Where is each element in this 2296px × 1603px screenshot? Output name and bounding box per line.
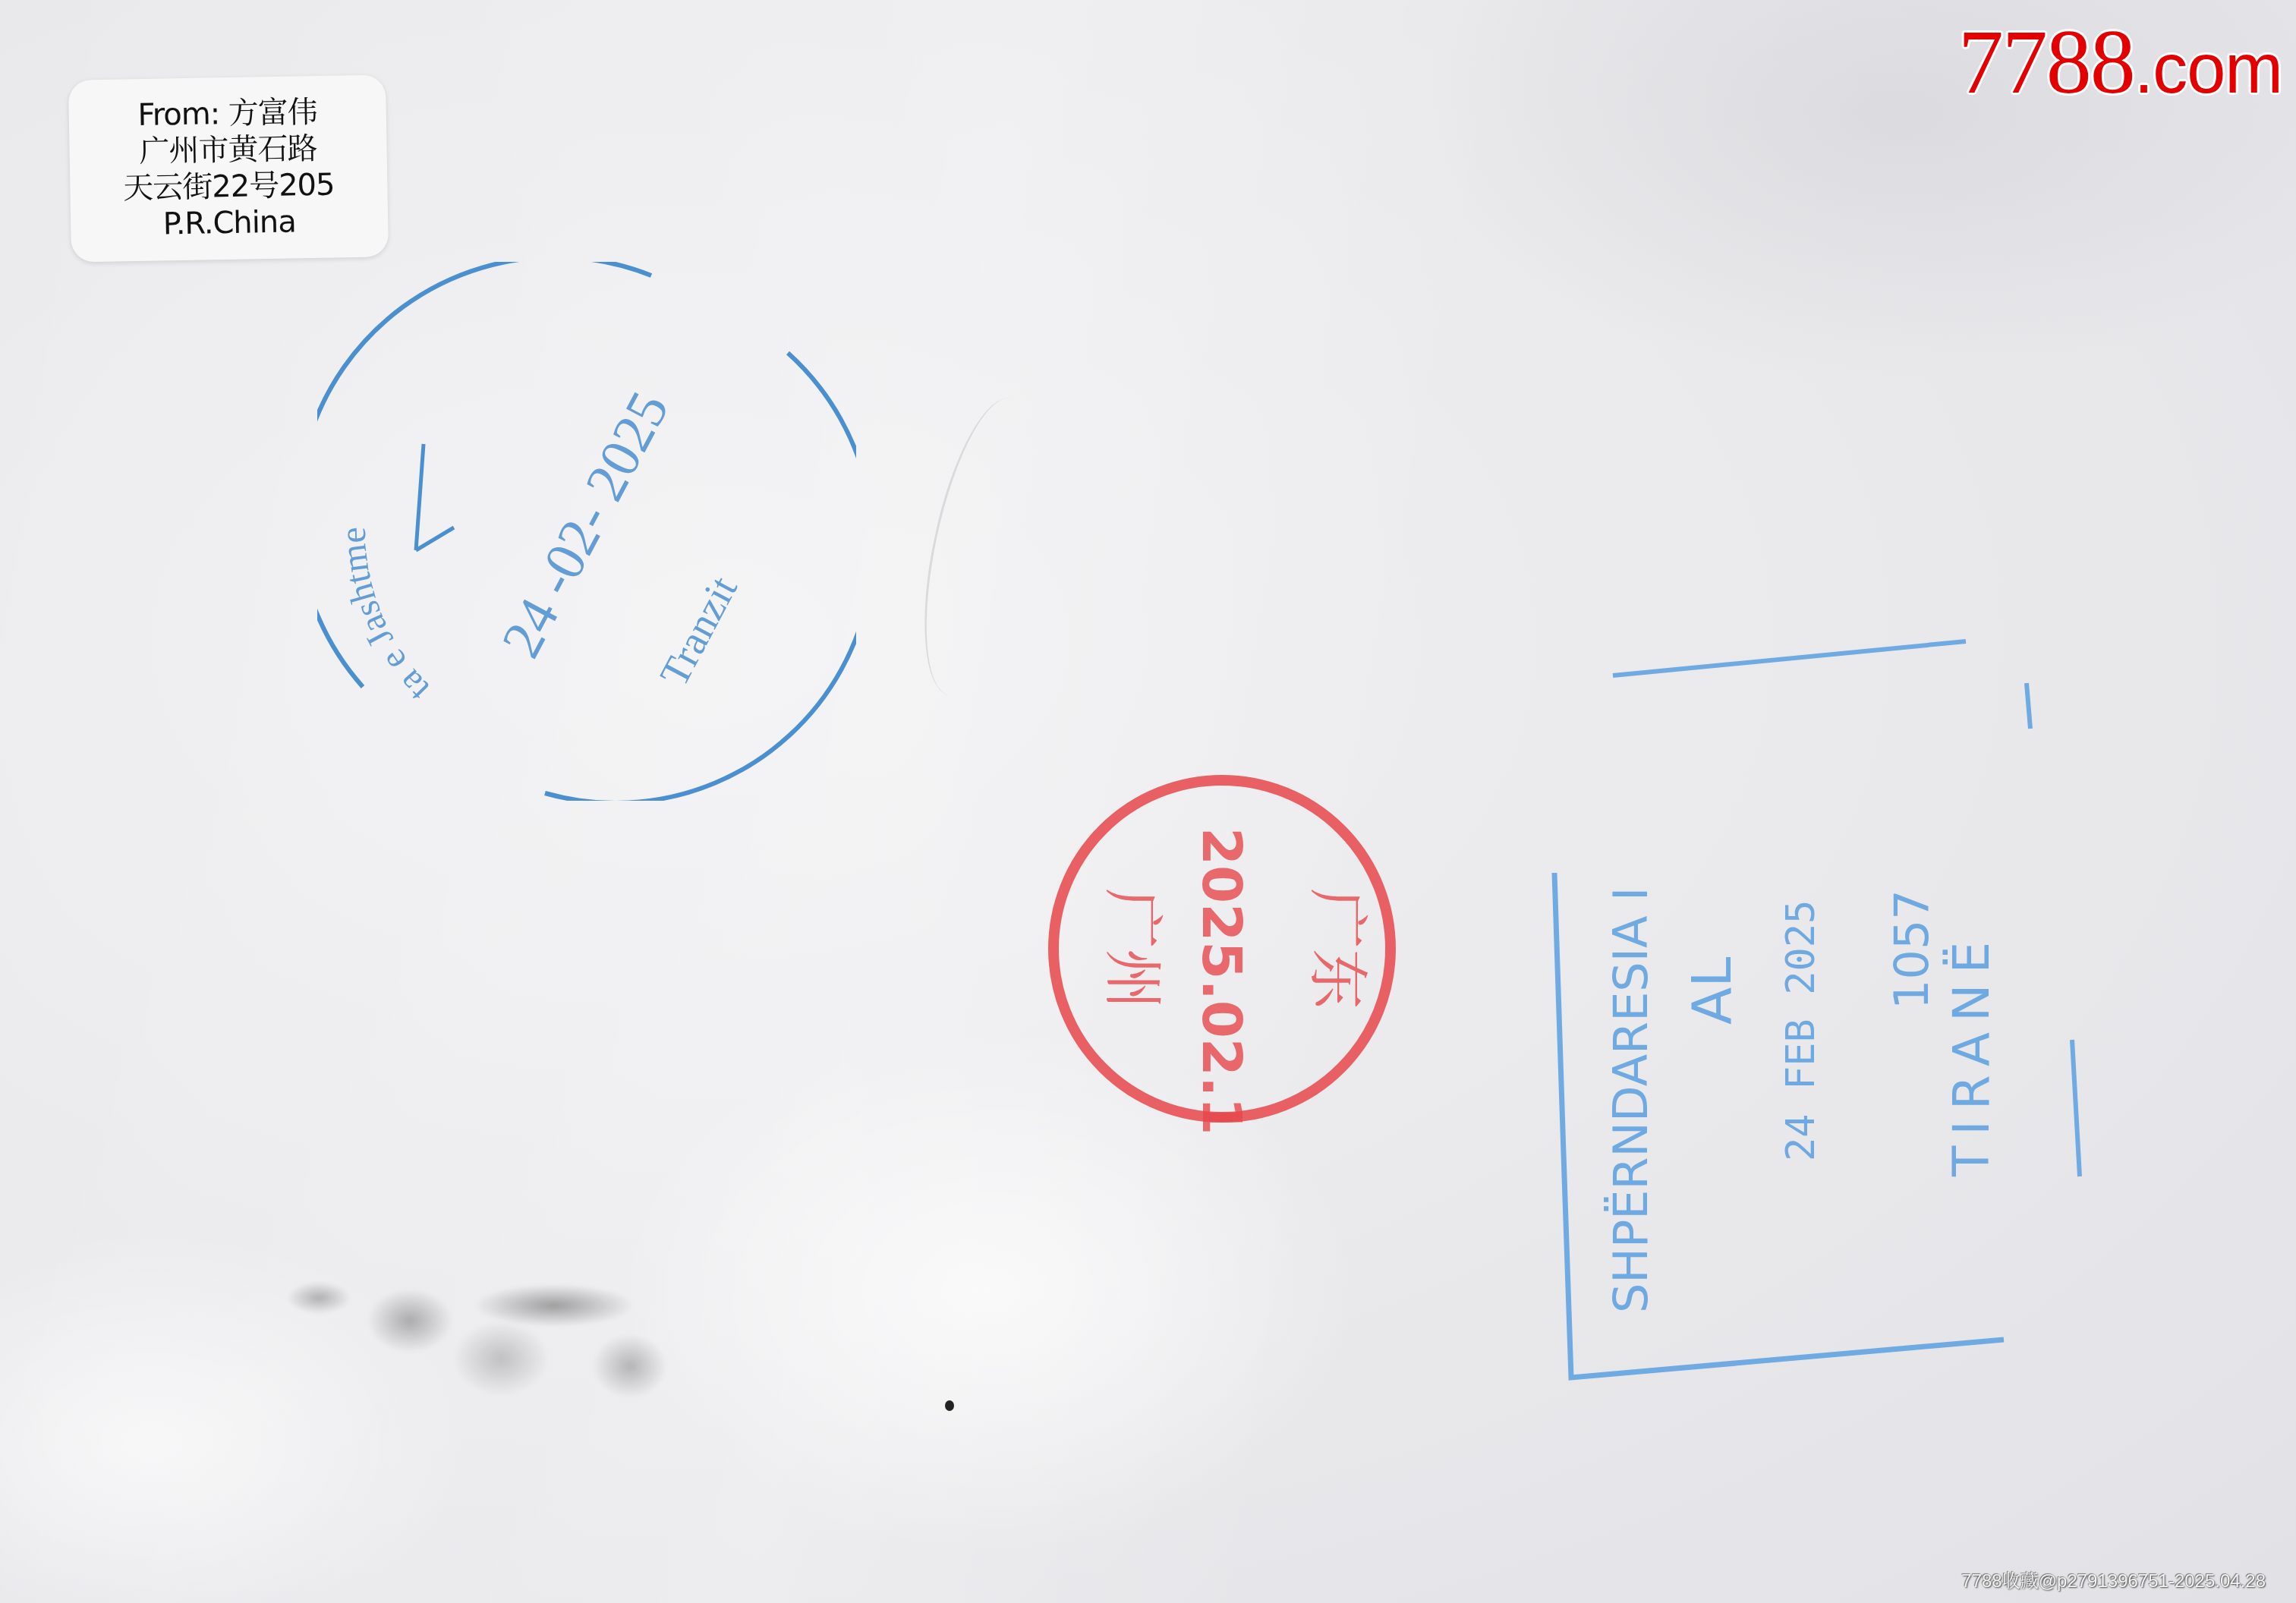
delivery-postmark-country: AL bbox=[1680, 957, 1743, 1025]
delivery-postmark-city: TIRANË bbox=[1942, 931, 2001, 1177]
site-logo-watermark: 7788.com bbox=[1958, 17, 2282, 108]
delivery-postmark-code: 1057 bbox=[1884, 890, 1939, 1009]
origin-postmark-graphic: 2025.02.10 广州 广东 bbox=[1036, 763, 1408, 1135]
sender-name-line: From: 方富伟 bbox=[137, 94, 317, 134]
logo-suffix: .com bbox=[2134, 30, 2282, 108]
transit-arc-left-text: ta e Jashtme bbox=[333, 527, 437, 710]
transit-postmark-graphic: ta e Jashtme Tranzit 24 -02- 2025 bbox=[317, 262, 856, 801]
paper-crease bbox=[903, 389, 1057, 705]
transit-postmark: ta e Jashtme Tranzit 24 -02- 2025 bbox=[317, 262, 856, 801]
logo-digits: 7788 bbox=[1958, 11, 2134, 112]
ink-smudge bbox=[273, 1260, 698, 1412]
origin-postmark-right-chars: 广东 bbox=[1302, 888, 1373, 1009]
sender-address-line-1: 广州市黄石路 bbox=[139, 131, 317, 170]
sender-address-line-2: 天云街22号205 bbox=[123, 167, 335, 207]
origin-postmark-left-chars: 广州 bbox=[1098, 888, 1168, 1009]
delivery-postmark-graphic: SHPËRNDARESIA I AL 24 FEB 2025 1057 TIRA… bbox=[1541, 630, 2102, 1381]
footer-watermark: 7788收藏@p2791396751-2025.04.28 bbox=[1961, 1566, 2266, 1592]
delivery-postmark: SHPËRNDARESIA I AL 24 FEB 2025 1057 TIRA… bbox=[1541, 630, 2102, 1381]
sender-country-line: P.R.China bbox=[162, 203, 296, 242]
svg-text:ta e Jashtme: ta e Jashtme bbox=[333, 527, 437, 710]
transit-arc-right-text: Tranzit bbox=[651, 568, 746, 693]
delivery-postmark-header: SHPËRNDARESIA I bbox=[1603, 887, 1658, 1313]
origin-postmark-date: 2025.02.10 bbox=[1190, 827, 1254, 1135]
delivery-postmark-date: 24 FEB 2025 bbox=[1778, 900, 1824, 1161]
ink-dot bbox=[945, 1400, 954, 1411]
sender-address-label: From: 方富伟 广州市黄石路 天云街22号205 P.R.China bbox=[68, 74, 389, 262]
transit-date: 24 -02- 2025 bbox=[490, 382, 682, 667]
origin-postmark: 2025.02.10 广州 广东 bbox=[1036, 763, 1408, 1135]
